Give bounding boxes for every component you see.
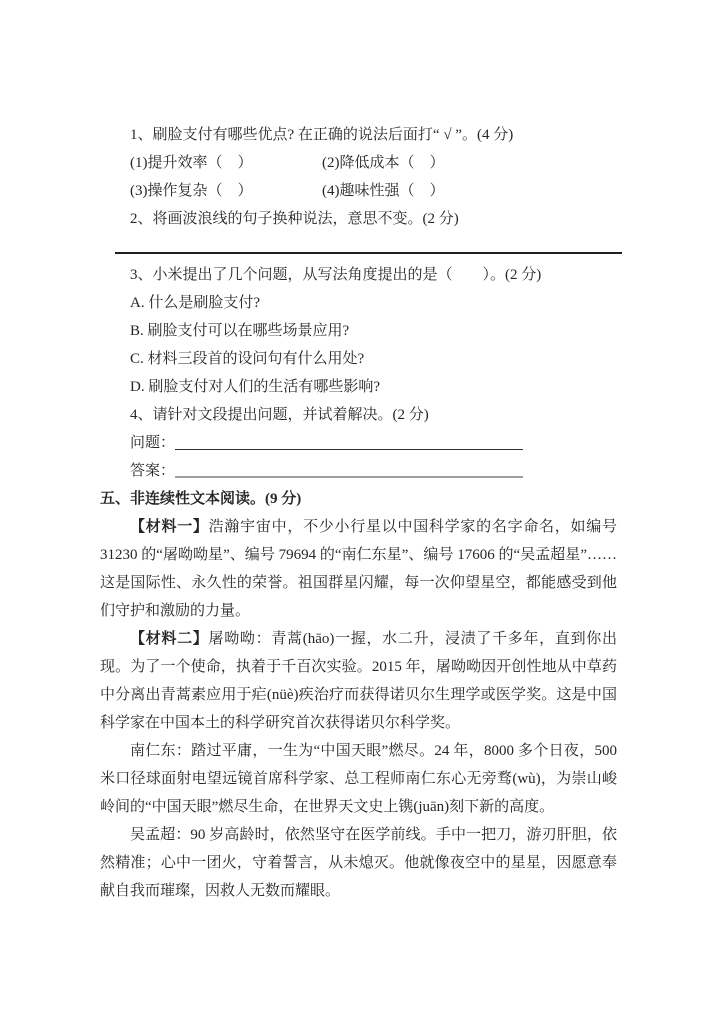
question-1-option-1-blank[interactable]: (1)提升效率（ ） bbox=[130, 149, 322, 177]
material-2-paragraph-tu-youyou: 【材料二】屠呦呦：青蒿(hāo)一握，水二升，浸渍了千多年，直到你出现。为了一个… bbox=[100, 625, 617, 737]
material-1-label: 【材料一】 bbox=[130, 519, 209, 535]
question-1-stem: 1、刷脸支付有哪些优点? 在正确的说法后面打“ √ ”。(4 分) bbox=[100, 121, 617, 149]
divider-row bbox=[100, 233, 617, 261]
question-1-option-4-blank[interactable]: (4)趣味性强（ ） bbox=[322, 183, 445, 199]
question-3-choice-d[interactable]: D. 刷脸支付对人们的生活有哪些影响? bbox=[100, 373, 617, 401]
section-divider-line bbox=[115, 252, 622, 254]
question-1-option-3-blank[interactable]: (3)操作复杂（ ） bbox=[130, 177, 322, 205]
problem-answer-blank[interactable] bbox=[175, 430, 523, 450]
exam-paper-page: 1、刷脸支付有哪些优点? 在正确的说法后面打“ √ ”。(4 分) (1)提升效… bbox=[0, 0, 724, 1024]
exam-content: 1、刷脸支付有哪些优点? 在正确的说法后面打“ √ ”。(4 分) (1)提升效… bbox=[100, 121, 617, 905]
question-3-choice-b[interactable]: B. 刷脸支付可以在哪些场景应用? bbox=[100, 317, 617, 345]
question-4-problem-row: 问题： bbox=[100, 429, 617, 457]
question-4-answer-row: 答案： bbox=[100, 457, 617, 485]
question-1-options-row-2: (3)操作复杂（ ）(4)趣味性强（ ） bbox=[100, 177, 617, 205]
question-3-choice-c[interactable]: C. 材料三段首的设问句有什么用处? bbox=[100, 345, 617, 373]
question-4-stem: 4、请针对文段提出问题，并试着解决。(2 分) bbox=[100, 401, 617, 429]
section-5-heading: 五、非连续性文本阅读。(9 分) bbox=[100, 485, 617, 513]
question-1-options-row-1: (1)提升效率（ ）(2)降低成本（ ） bbox=[100, 149, 617, 177]
material-2-label: 【材料二】 bbox=[130, 631, 209, 647]
question-3-choice-a[interactable]: A. 什么是刷脸支付? bbox=[100, 289, 617, 317]
problem-label: 问题： bbox=[130, 435, 175, 451]
material-1-paragraph: 【材料一】浩瀚宇宙中，不少小行星以中国科学家的名字命名，如编号 31230 的“… bbox=[100, 513, 617, 625]
question-3-stem: 3、小米提出了几个问题，从写法角度提出的是（ ）。(2 分) bbox=[100, 261, 617, 289]
answer-blank[interactable] bbox=[175, 457, 523, 478]
material-2-paragraph-nan-rendong: 南仁东：踏过平庸，一生为“中国天眼”燃尽。24 年，8000 多个日夜，500 … bbox=[100, 737, 617, 821]
material-2-paragraph-wu-mengchao: 吴孟超：90 岁高龄时，依然坚守在医学前线。手中一把刀，游刃肝胆，依然精准；心中… bbox=[100, 821, 617, 905]
question-1-option-2-blank[interactable]: (2)降低成本（ ） bbox=[322, 155, 445, 171]
answer-label: 答案： bbox=[130, 463, 175, 479]
question-2-stem: 2、将画波浪线的句子换种说法，意思不变。(2 分) bbox=[100, 205, 617, 233]
